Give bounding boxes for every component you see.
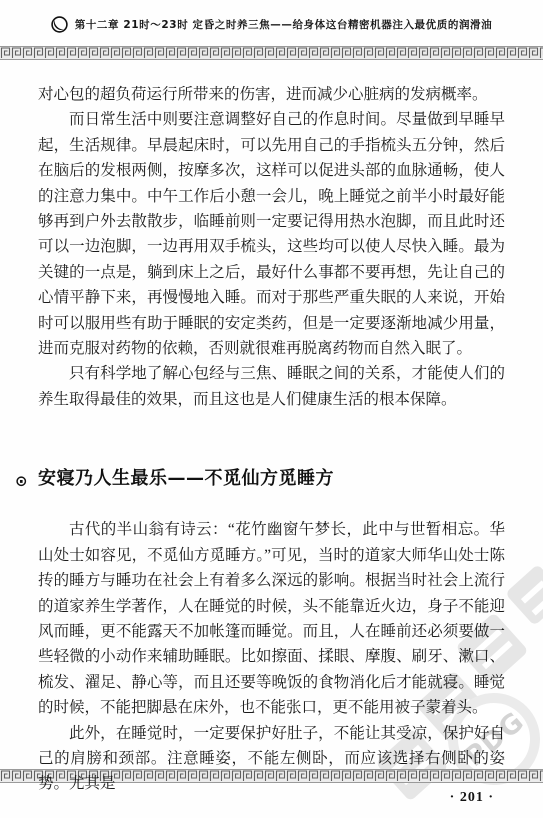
paragraph: 古代的半山翁有诗云：“花竹幽窗午梦长，此中与世暂相忘。华山处士如容见，不觅仙方觅… <box>38 517 505 720</box>
page-header: 第十二章 21时～23时 定昏之时养三焦——给身体这台精密机器注入最优质的润滑油 <box>0 16 543 33</box>
paragraph: 对心包的超负荷运行所带来的伤害，进而减少心脏病的发病概率。 <box>38 82 505 107</box>
paragraph: 此外，在睡觉时，一定要保护好肚子，不能让其受凉，保护好自己的肩膀和颈部。注意睡姿… <box>38 721 505 797</box>
paragraph: 而日常生活中则要注意调整好自己的作息时间。尽量做到早睡早起，生活规律。早晨起床时… <box>38 107 505 361</box>
book-page: 第十二章 21时～23时 定昏之时养三焦——给身体这台精密机器注入最优质的润滑油… <box>0 0 543 818</box>
page-number: · 201 · <box>450 790 494 806</box>
section-heading-text: 安寝乃人生最乐——不觅仙方觅睡方 <box>38 468 334 489</box>
top-meander-border <box>0 46 543 60</box>
section-heading: ⊙ 安寝乃人生最乐——不觅仙方觅睡方 <box>38 467 505 491</box>
moon-phase-icon <box>51 16 68 33</box>
section-bullet-icon: ⊙ <box>15 469 28 493</box>
chapter-running-title: 第十二章 21时～23时 定昏之时养三焦——给身体这台精密机器注入最优质的润滑油 <box>75 17 493 32</box>
paragraph: 只有科学地了解心包经与三焦、睡眠之间的关系，才能使人们的养生取得最佳的效果，而且… <box>38 361 505 412</box>
watermark-seal-glyph <box>505 564 543 626</box>
body-text: 对心包的超负荷运行所带来的伤害，进而减少心脏病的发病概率。 而日常生活中则要注意… <box>38 82 505 797</box>
